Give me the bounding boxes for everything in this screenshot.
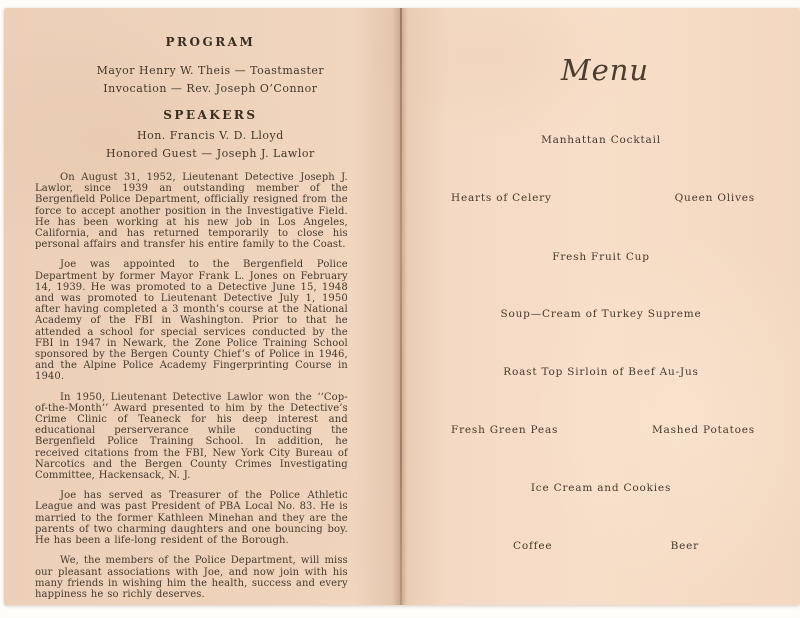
menu-item: Fresh Green Peas bbox=[451, 424, 558, 437]
booklet-paper: PROGRAM Mayor Henry W. Theis — Toastmast… bbox=[4, 8, 800, 605]
menu-course-cocktail: Manhattan Cocktail bbox=[402, 134, 800, 147]
menu-item: Mashed Potatoes bbox=[652, 424, 755, 437]
speakers-title: SPEAKERS bbox=[73, 109, 348, 121]
program-title: PROGRAM bbox=[73, 36, 348, 48]
menu-item: Manhattan Cocktail bbox=[541, 134, 661, 146]
honored-guest-line: Honored Guest — Joseph J. Lawlor bbox=[73, 147, 348, 160]
bio-paragraph: We, the members of the Police Department… bbox=[35, 555, 348, 600]
menu-course-beverages: Coffee Beer bbox=[402, 540, 800, 553]
menu-item: Hearts of Celery bbox=[451, 192, 552, 205]
bio-paragraph: In 1950, Lieutenant Detective Lawlor won… bbox=[35, 392, 348, 482]
menu-item: Coffee bbox=[513, 540, 552, 553]
toastmaster-line: Mayor Henry W. Theis — Toastmaster bbox=[73, 64, 348, 77]
scanned-booklet: PROGRAM Mayor Henry W. Theis — Toastmast… bbox=[0, 0, 800, 618]
menu-item: Soup—Cream of Turkey Supreme bbox=[501, 308, 702, 320]
menu-course-sides: Fresh Green Peas Mashed Potatoes bbox=[402, 424, 800, 437]
menu-course-dessert: Ice Cream and Cookies bbox=[402, 482, 800, 495]
menu-item: Beer bbox=[671, 540, 699, 553]
menu-title: Menu bbox=[402, 54, 800, 86]
bio-paragraph: Joe was appointed to the Bergenfield Pol… bbox=[35, 259, 348, 382]
invocation-line: Invocation — Rev. Joseph O’Connor bbox=[73, 82, 348, 95]
program-page: PROGRAM Mayor Henry W. Theis — Toastmast… bbox=[4, 8, 401, 605]
menu-page: Menu Manhattan Cocktail Hearts of Celery… bbox=[402, 8, 800, 605]
menu-course-soup: Soup—Cream of Turkey Supreme bbox=[402, 308, 800, 321]
menu-item: Queen Olives bbox=[675, 192, 755, 205]
biography-text: On August 31, 1952, Lieutenant Detective… bbox=[35, 172, 348, 600]
menu-course-entree: Roast Top Sirloin of Beef Au-Jus bbox=[402, 366, 800, 379]
speaker-name: Hon. Francis V. D. Lloyd bbox=[73, 129, 348, 142]
menu-course-fruit: Fresh Fruit Cup bbox=[402, 251, 800, 264]
menu-item: Roast Top Sirloin of Beef Au-Jus bbox=[503, 366, 698, 378]
menu-item: Fresh Fruit Cup bbox=[552, 251, 650, 263]
menu-item: Ice Cream and Cookies bbox=[531, 482, 671, 494]
bio-paragraph: Joe has served as Treasurer of the Polic… bbox=[35, 490, 348, 546]
menu-course-relishes: Hearts of Celery Queen Olives bbox=[402, 192, 800, 205]
bio-paragraph: On August 31, 1952, Lieutenant Detective… bbox=[35, 172, 348, 250]
